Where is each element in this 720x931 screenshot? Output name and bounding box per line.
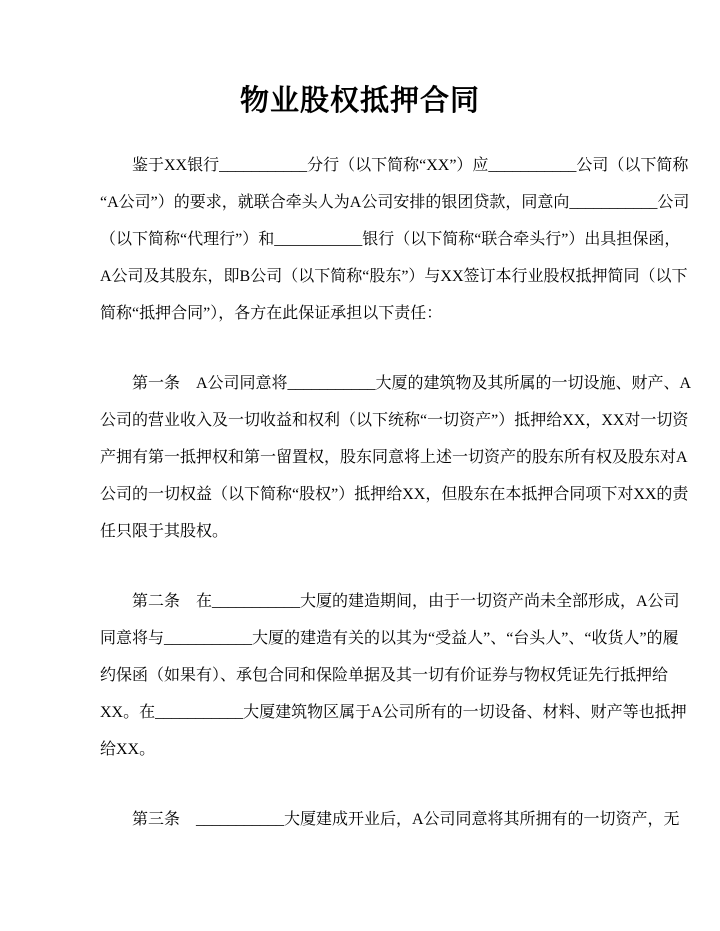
document-body: 鉴于XX银行___________分行（以下简称“XX”）应__________… [100,147,620,838]
paragraph-article-3: 第三条 ___________大厦建成开业后，A公司同意将其所拥有的一切资产，无 [100,801,620,838]
text-line: 约保函（如果有）、承包合同和保险单据及其一切有价证券与物权凭证先行抵押给 [100,657,620,694]
paragraph-article-2: 第二条 在___________大厦的建造期间，由于一切资产尚未全部形成，A公司… [100,583,620,768]
document-title: 物业股权抵押合同 [0,0,720,121]
text-line: 给XX。 [100,731,620,768]
text-line: 公司的营业收入及一切收益和权利（以下统称“一切资产”）抵押给XX，XX对一切资 [100,402,620,439]
text-line: “A公司”）的要求，就联合牵头人为A公司安排的银团贷款，同意向_________… [100,184,620,221]
text-line: （以下简称“代理行”）和___________银行（以下简称“联合牵头行”）出具… [100,221,620,258]
text-line: XX。在___________大厦建筑物区属于A公司所有的一切设备、材料、财产等… [100,694,620,731]
text-line: 公司的一切权益（以下简称“股权”）抵押给XX，但股东在本抵押合同项下对XX的责 [100,476,620,513]
text-line: 产拥有第一抵押权和第一留置权，股东同意将上述一切资产的股东所有权及股东对A [100,439,620,476]
paragraph-preamble: 鉴于XX银行___________分行（以下简称“XX”）应__________… [100,147,620,332]
text-line: A公司及其股东，即B公司（以下简称“股东”）与XX签订本行业股权抵押简同（以下 [100,258,620,295]
text-line: 第一条 A公司同意将___________大厦的建筑物及其所属的一切设施、财产、… [100,365,620,402]
paragraph-article-1: 第一条 A公司同意将___________大厦的建筑物及其所属的一切设施、财产、… [100,365,620,550]
contract-document: 物业股权抵押合同 鉴于XX银行___________分行（以下简称“XX”）应_… [0,0,720,931]
text-line: 鉴于XX银行___________分行（以下简称“XX”）应__________… [100,147,620,184]
text-line: 简称“抵押合同”），各方在此保证承担以下责任： [100,295,620,332]
text-line: 任只限于其股权。 [100,513,620,550]
text-line: 第二条 在___________大厦的建造期间，由于一切资产尚未全部形成，A公司 [100,583,620,620]
text-line: 同意将与___________大厦的建造有关的以其为“受益人”、“台头人”、“收… [100,620,620,657]
text-line: 第三条 ___________大厦建成开业后，A公司同意将其所拥有的一切资产，无 [100,801,620,838]
